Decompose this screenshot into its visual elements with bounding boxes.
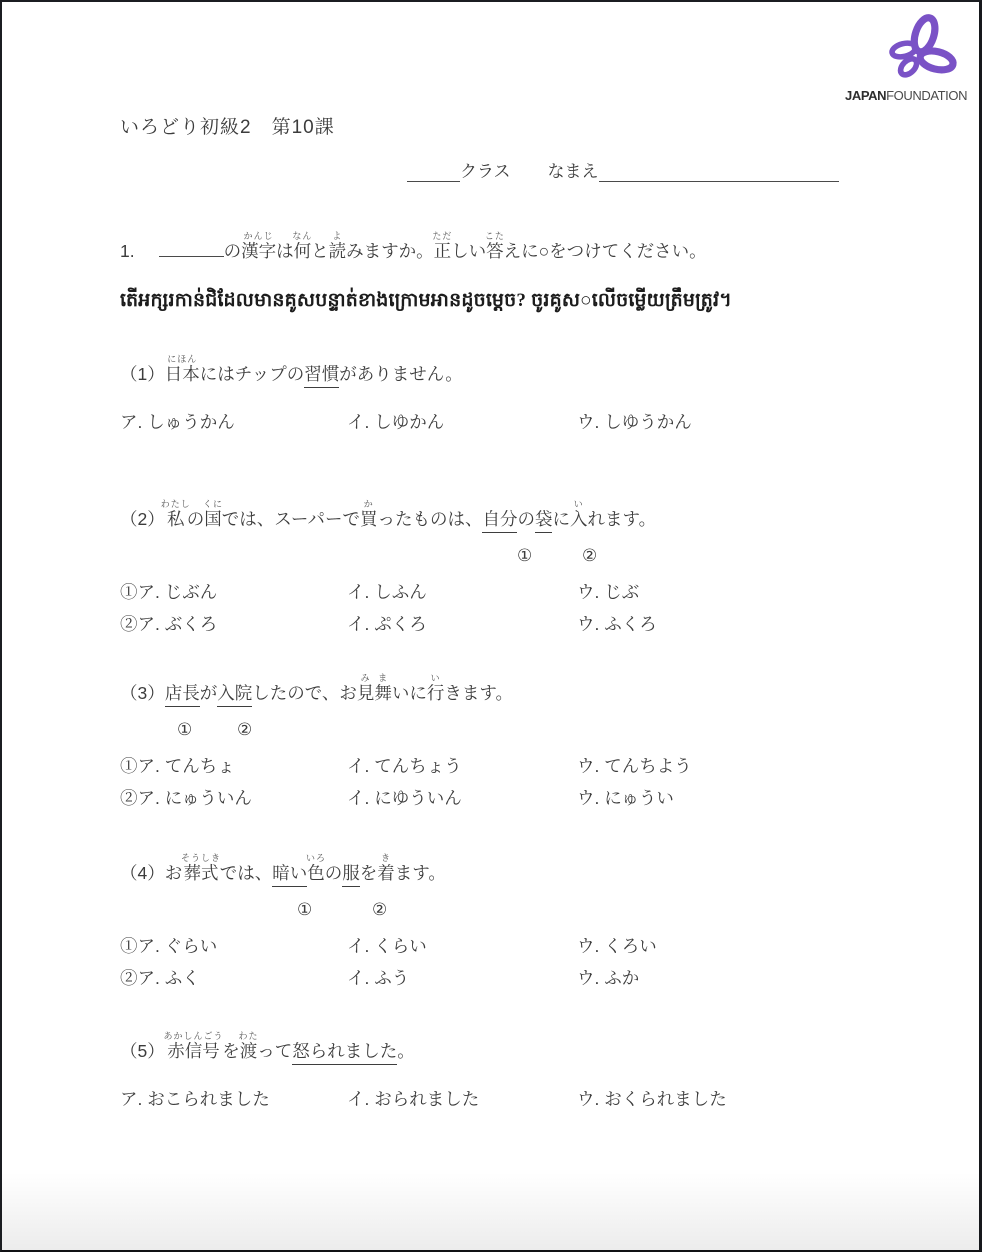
question-prompt: 1.の漢字かんじは何なんと読よみますか。正ただしい答こたえに○をつけてください。 <box>120 228 890 274</box>
ruby-word: 行い <box>427 683 445 703</box>
khmer-instruction: តើអក្សរកាន់ជិដែលមានគូសបន្ទាត់ខាងក្រោមអាន… <box>120 288 890 316</box>
choice-option: ウ. しゆうかん <box>577 406 890 438</box>
question-3: （3）店長が入院したので、お見み舞まいに行いきます。 ①② ①ア. てんちょイ.… <box>120 670 890 814</box>
choice-row: ア. しゅうかんイ. しゆかんウ. しゆうかん <box>120 406 890 438</box>
underlined-word: 習慣 <box>304 364 339 388</box>
choice-option: ウ. くろい <box>577 930 890 962</box>
part-marker: ② <box>372 900 387 920</box>
text-run: にはチップの <box>200 364 304 384</box>
question-sentence: （5）赤信号あかしんごうを渡わたって怒られました。 <box>120 1028 890 1074</box>
choice-row: ②ア. ふくイ. ふうウ. ふか <box>120 962 890 994</box>
ruby-word: 着き <box>377 863 395 883</box>
ruby-word: 入い <box>570 509 588 529</box>
choice-option: ウ. にゅうい <box>577 782 890 814</box>
question-markers: ①② <box>120 898 890 928</box>
choice-option: ウ. じぶ <box>577 576 890 608</box>
question-sentence: （3）店長が入院したので、お見み舞まいに行いきます。 <box>120 670 890 716</box>
text-run: れます。 <box>587 509 656 529</box>
text-run: えに○をつけてください。 <box>504 241 707 261</box>
choice-option: ①ア. てんちょ <box>120 750 347 782</box>
part-marker: ② <box>582 546 597 566</box>
text-run: お <box>165 863 183 883</box>
ruby-word: 正ただ <box>434 241 452 261</box>
underlined-word: 入院 <box>217 683 252 707</box>
choice-option: ②ア. ふく <box>120 962 347 994</box>
question-2: （2）私わたしの国くにでは、スーパーで買かったものは、自分の袋に入いれます。 ①… <box>120 496 890 640</box>
question-1: （1）日本にほんにはチップの習慣がありません。 ア. しゅうかんイ. しゆかんウ… <box>120 351 890 438</box>
underlined-word: 怒られました <box>292 1041 397 1065</box>
question-5: （5）赤信号あかしんごうを渡わたって怒られました。 ア. おこられましたイ. お… <box>120 1028 890 1115</box>
text-run: （5） <box>120 1041 165 1061</box>
underlined-word: 暗い <box>272 863 307 887</box>
page-title: いろどり初級2 第10課 <box>120 112 890 139</box>
blank-field <box>159 237 224 257</box>
choice-option: イ. てんちょう <box>347 750 577 782</box>
text-run: （2） <box>120 509 165 529</box>
class-blank-field <box>407 162 460 182</box>
document-content: いろどり初級2 第10課 クラス なまえ 1.の漢字かんじは何なんと読よみますか… <box>120 2 890 1115</box>
choice-option: ①ア. じぶん <box>120 576 347 608</box>
text-run: ます。 <box>395 863 446 883</box>
choice-option: イ. しゆかん <box>347 406 577 438</box>
choice-option: ウ. ふくろ <box>577 608 890 640</box>
text-run: しい <box>451 241 486 261</box>
part-marker: ① <box>517 546 532 566</box>
ruby-word: 日本にほん <box>165 364 200 384</box>
choice-row: ①ア. じぶんイ. しふんウ. じぶ <box>120 576 890 608</box>
text-run: って <box>257 1041 292 1061</box>
choice-option: イ. しふん <box>347 576 577 608</box>
name-blank-field <box>599 162 839 182</box>
part-marker: ① <box>177 720 192 740</box>
ruby-word: 私わたし <box>165 509 187 529</box>
question-sentence: （2）私わたしの国くにでは、スーパーで買かったものは、自分の袋に入いれます。 <box>120 496 890 542</box>
question-markers: ①② <box>120 544 890 574</box>
page-bottom-shadow <box>2 1172 979 1250</box>
choice-row: ①ア. ぐらいイ. くらいウ. くろい <box>120 930 890 962</box>
text-run: みますか。 <box>346 241 434 261</box>
text-run: では、 <box>220 863 273 883</box>
ruby-word: 読よ <box>329 241 347 261</box>
worksheet-page: JAPANFOUNDATION いろどり初級2 第10課 クラス なまえ 1.の… <box>0 0 982 1252</box>
choice-option: イ. にゆういん <box>347 782 577 814</box>
logo-word-foundation: FOUNDATION <box>886 88 967 103</box>
text-run: を <box>360 863 378 883</box>
text-run: きます。 <box>444 683 513 703</box>
underlined-word: 袋 <box>535 509 553 533</box>
text-run: （3） <box>120 683 165 703</box>
choice-row: ア. おこられましたイ. おられましたウ. おくられました <box>120 1083 890 1115</box>
underlined-word: 店長 <box>165 683 200 707</box>
questions: （1）日本にほんにはチップの習慣がありません。 ア. しゅうかんイ. しゆかんウ… <box>120 351 890 1115</box>
text-run: がありません。 <box>339 364 463 384</box>
choice-option: イ. おられました <box>347 1083 577 1115</box>
text-run: と <box>311 241 329 261</box>
choice-option: イ. くらい <box>347 930 577 962</box>
ruby-word: 舞ま <box>374 683 392 703</box>
choice-option: イ. ぷくろ <box>347 608 577 640</box>
ruby-word: 買か <box>360 509 378 529</box>
part-marker: ② <box>237 720 252 740</box>
flower-icon <box>879 14 959 86</box>
question-sentence: （4）お葬式そうしきでは、暗い色いろの服を着きます。 <box>120 850 890 896</box>
text-run: は <box>276 241 294 261</box>
question-sentence: （1）日本にほんにはチップの習慣がありません。 <box>120 351 890 397</box>
choice-option: ア. しゅうかん <box>120 406 347 438</box>
class-label: クラス <box>460 157 511 182</box>
underlined-word: 自分 <box>482 509 517 533</box>
ruby-word: 渡わた <box>240 1041 258 1061</box>
choice-row: ②ア. ぶくろイ. ぷくろウ. ふくろ <box>120 608 890 640</box>
ruby-word: 何なん <box>294 241 312 261</box>
text-run: に <box>552 509 570 529</box>
part-marker: ① <box>297 900 312 920</box>
ruby-word: 漢字かんじ <box>241 241 276 261</box>
name-label: なまえ <box>548 157 599 182</box>
text-run: （1） <box>120 364 165 384</box>
choice-rows: ア. おこられましたイ. おられましたウ. おくられました <box>120 1083 890 1115</box>
choice-rows: ア. しゅうかんイ. しゆかんウ. しゆうかん <box>120 406 890 438</box>
question-4: （4）お葬式そうしきでは、暗い色いろの服を着きます。 ①② ①ア. ぐらいイ. … <box>120 850 890 994</box>
text-run: いに <box>392 683 427 703</box>
text-run: したので、お <box>252 683 357 703</box>
text-run: 。 <box>397 1041 415 1061</box>
ruby-word: 国くに <box>204 509 222 529</box>
choice-option: ウ. てんちよう <box>577 750 890 782</box>
choice-rows: ①ア. じぶんイ. しふんウ. じぶ②ア. ぶくろイ. ぷくろウ. ふくろ <box>120 576 890 640</box>
choice-row: ①ア. てんちょイ. てんちょうウ. てんちよう <box>120 750 890 782</box>
text-run: の <box>517 509 535 529</box>
ruby-word: 葬式そうしき <box>182 863 220 883</box>
text-run: （4） <box>120 863 165 883</box>
ruby-word: 見み <box>357 683 375 703</box>
text-run: では、スーパーで <box>222 509 360 529</box>
text-run: ったものは、 <box>377 509 482 529</box>
choice-option: ②ア. ぶくろ <box>120 608 347 640</box>
text-run: 1. <box>120 241 135 261</box>
underlined-word: 服 <box>342 863 360 887</box>
question-markers: ①② <box>120 718 890 748</box>
text-run: の <box>325 863 343 883</box>
class-name-line: クラス なまえ <box>407 157 890 182</box>
choice-option: ア. おこられました <box>120 1083 347 1115</box>
choice-option: ①ア. ぐらい <box>120 930 347 962</box>
ruby-word: 赤信号あかしんごう <box>165 1041 223 1061</box>
choice-option: ウ. ふか <box>577 962 890 994</box>
choice-option: ②ア. にゅういん <box>120 782 347 814</box>
ruby-word: 色いろ <box>307 863 325 883</box>
choice-option: イ. ふう <box>347 962 577 994</box>
ruby-word: 答こた <box>486 241 504 261</box>
choice-rows: ①ア. ぐらいイ. くらいウ. くろい②ア. ふくイ. ふうウ. ふか <box>120 930 890 994</box>
choice-option: ウ. おくられました <box>577 1083 890 1115</box>
text-run: が <box>200 683 218 703</box>
text-run: の <box>187 509 205 529</box>
text-run: の <box>224 241 242 261</box>
choice-row: ②ア. にゅういんイ. にゆういんウ. にゅうい <box>120 782 890 814</box>
choice-rows: ①ア. てんちょイ. てんちょうウ. てんちよう②ア. にゅういんイ. にゆうい… <box>120 750 890 814</box>
